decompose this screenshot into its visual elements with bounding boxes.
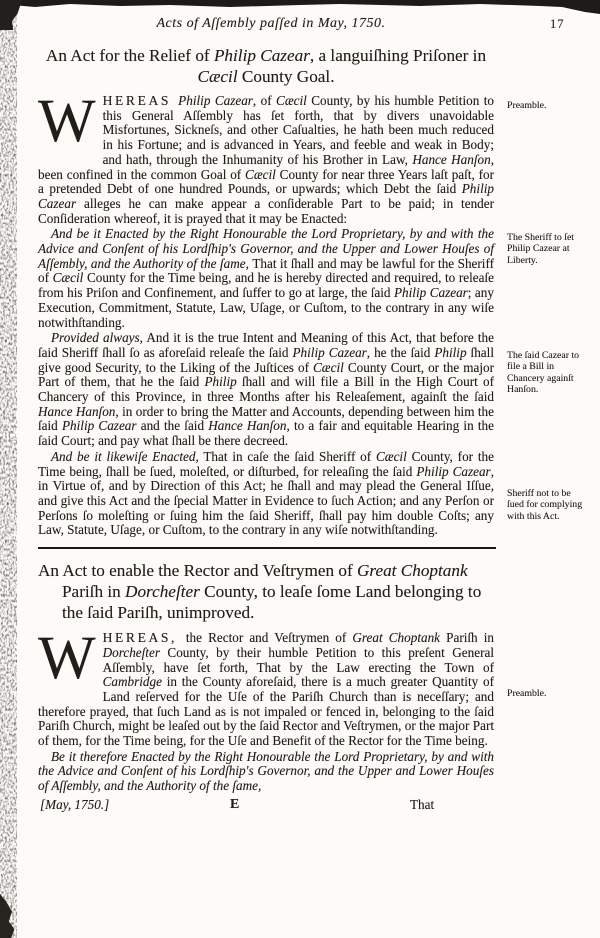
header-title: Acts of Aſſembly paſſed in May, 1750. bbox=[38, 16, 494, 32]
text-segment: Dorcheſter bbox=[103, 645, 160, 660]
catchword: That bbox=[410, 797, 434, 813]
margin-note-bill-chancery: The ſaid Cazear to file a Bill in Chance… bbox=[507, 350, 589, 396]
text-segment: And be it likewiſe Enacted bbox=[51, 449, 196, 464]
text-segment: Philip Cazear bbox=[62, 418, 137, 433]
whereas-caps: HEREAS, bbox=[103, 630, 186, 645]
text-segment: Pariſh in bbox=[440, 630, 494, 645]
text-segment: Cæcil bbox=[313, 360, 344, 375]
text-segment: Cæcil bbox=[376, 449, 407, 464]
act1-paragraph-3: Provided always, And it is the true Inte… bbox=[38, 331, 494, 449]
scanned-page: Acts of Aſſembly paſſed in May, 1750. 17… bbox=[0, 0, 600, 938]
text-segment: Pariſh in bbox=[62, 582, 125, 601]
page-number: 17 bbox=[550, 17, 565, 32]
margin-note-sheriff-not-sued: Sheriff not to be ſued for complying wit… bbox=[507, 488, 589, 522]
paragraph-text: Be it therefore Enacted by the Right Hon… bbox=[38, 749, 494, 793]
paragraph-text: And be it Enacted by the Right Honourabl… bbox=[38, 226, 494, 329]
text-segment: , he the ſaid bbox=[367, 345, 435, 360]
text-segment: Cambridge bbox=[103, 674, 162, 689]
margin-note-preamble-2: Preamble. bbox=[507, 688, 589, 699]
text-segment: An Act for the Relief of bbox=[46, 46, 214, 65]
text-segment: , That in caſe the ſaid Sheriff of bbox=[196, 449, 376, 464]
dropcap-letter: W bbox=[38, 94, 103, 153]
text-segment: Hance Hanſon bbox=[208, 418, 286, 433]
act2-paragraph-1: WHEREAS, the Rector and Veſtrymen of Gre… bbox=[38, 631, 494, 749]
text-segment: the Rector and Veſtrymen of bbox=[186, 630, 353, 645]
act1-title-text: An Act for the Relief of Philip Cazear, … bbox=[46, 46, 486, 86]
text-segment: Cæcil bbox=[53, 270, 84, 285]
text-segment: Philip Cazear bbox=[394, 285, 468, 300]
text-segment: Philip bbox=[204, 374, 236, 389]
running-header: Acts of Aſſembly paſſed in May, 1750. 17 bbox=[38, 16, 494, 36]
margin-note-preamble-1: Preamble. bbox=[507, 100, 589, 111]
act1-paragraph-4: And be it likewiſe Enacted, That in caſe… bbox=[38, 450, 494, 538]
page-footer: [May, 1750.] E That bbox=[38, 797, 494, 815]
text-segment: Philip bbox=[434, 345, 466, 360]
text-segment: Philip Cazear bbox=[178, 93, 253, 108]
signature-mark: E bbox=[230, 797, 239, 813]
text-segment: Be it therefore Enacted by the Right Hon… bbox=[38, 749, 494, 793]
paragraph-text: Provided always, And it is the true Inte… bbox=[38, 330, 494, 448]
text-segment: , a languiſhing Priſoner in bbox=[310, 46, 486, 65]
footer-date: [May, 1750.] bbox=[40, 797, 109, 813]
text-segment: Hance Hanſon bbox=[38, 404, 115, 419]
text-segment: County, by their humble Petition to this… bbox=[103, 645, 494, 675]
scan-corner-blob-top bbox=[0, 0, 22, 30]
text-segment: Great Choptank bbox=[352, 630, 440, 645]
act2-title: An Act to enable the Rector and Veſtryme… bbox=[38, 560, 494, 623]
act2-title-text: An Act to enable the Rector and Veſtryme… bbox=[38, 561, 481, 622]
text-segment: Provided always bbox=[51, 330, 140, 345]
text-segment: Philip Cazear bbox=[416, 464, 490, 479]
paragraph-text: the Rector and Veſtrymen of Great Chopta… bbox=[38, 630, 494, 748]
text-segment: Hance Hanſon bbox=[412, 152, 490, 167]
dropcap-letter: W bbox=[38, 631, 103, 690]
page-content: Acts of Aſſembly paſſed in May, 1750. 17… bbox=[38, 16, 494, 815]
paragraph-text: And be it likewiſe Enacted, That in caſe… bbox=[38, 449, 494, 538]
text-segment: alleges he can make appear a conſiderabl… bbox=[38, 196, 494, 226]
margin-note-sheriff-liberty: The Sheriff to ſet Philip Cazear at Libe… bbox=[507, 232, 589, 266]
text-segment: Dorcheſter bbox=[125, 582, 200, 601]
paragraph-text: Philip Cazear, of Cæcil County, by his h… bbox=[38, 93, 494, 226]
text-segment: Cæcil bbox=[197, 67, 237, 86]
act1-title: An Act for the Relief of Philip Cazear, … bbox=[38, 45, 494, 87]
text-segment: and the ſaid bbox=[137, 418, 209, 433]
act1-paragraph-2: And be it Enacted by the Right Honourabl… bbox=[38, 227, 494, 330]
scan-top-edge bbox=[0, 0, 600, 15]
text-segment: Great Choptank bbox=[357, 561, 468, 580]
text-segment: Philip Cazear bbox=[292, 345, 366, 360]
text-segment: An Act to enable the Rector and Veſtryme… bbox=[38, 561, 357, 580]
act1-paragraph-1: WHEREAS Philip Cazear, of Cæcil County, … bbox=[38, 94, 494, 226]
act2-paragraph-2: Be it therefore Enacted by the Right Hon… bbox=[38, 750, 494, 794]
scan-left-gutter-noise bbox=[0, 0, 17, 938]
whereas-caps: HEREAS bbox=[103, 93, 179, 108]
text-segment: County Goal. bbox=[238, 67, 335, 86]
text-segment: Cæcil bbox=[276, 93, 307, 108]
text-segment: Philip Cazear bbox=[214, 46, 310, 65]
text-segment: , of bbox=[253, 93, 276, 108]
section-divider-rule bbox=[38, 547, 496, 549]
text-segment: Cæcil bbox=[245, 167, 276, 182]
